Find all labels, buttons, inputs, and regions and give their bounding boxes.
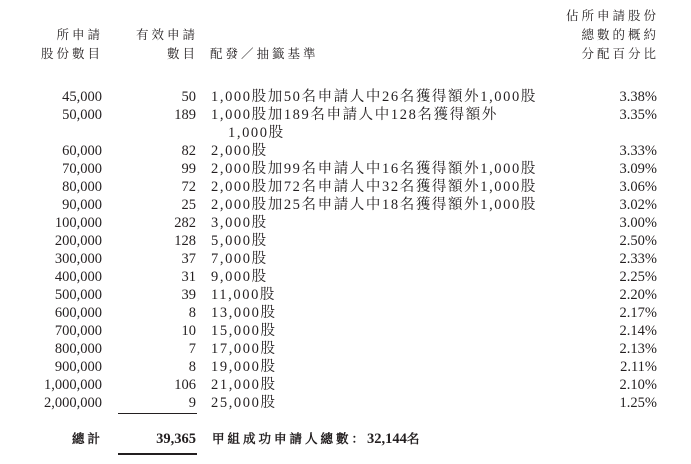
allocation-percentage-cell: 2.20% [620,286,657,304]
shares-applied-cell: 100,000 [55,214,102,232]
basis-text: 5,000股 [211,233,268,249]
note-prefix: 甲組成功申請人總數： [212,431,367,446]
valid-applications-cell: 50 [182,88,197,106]
basis-text: 1,000股加50名申請人中26名獲得額外1,000股 [211,89,537,105]
table-row: 80,000722,000股加72名申請人中32名獲得額外1,000股3.06% [0,178,691,196]
shares-applied-cell: 45,000 [62,88,102,106]
shares-applied-cell: 90,000 [62,196,102,214]
table-row: 400,000319,000股2.25% [0,268,691,286]
allocation-percentage-cell: 3.02% [620,196,657,214]
table-row: 600,000813,000股2.17% [0,304,691,322]
shares-applied-cell: 50,000 [62,106,102,124]
table-row: 2,000,000925,000股1.25% [0,394,691,412]
header-text: 數目 [136,44,198,63]
basis-text: 7,000股 [211,251,268,267]
table-row: 900,000819,000股2.11% [0,358,691,376]
total-label: 總計 [72,430,103,448]
allocation-basis-cell: 2,000股 [211,142,551,160]
basis-text: 21,000股 [211,377,277,393]
shares-applied-cell: 80,000 [62,178,102,196]
valid-applications-cell: 8 [189,304,196,322]
header-valid-applications: 有效申請 數目 [136,25,198,63]
table-row: 100,0002823,000股3.00% [0,214,691,232]
table-row: 90,000252,000股加25名申請人中18名獲得額外1,000股3.02% [0,196,691,214]
shares-applied-cell: 700,000 [55,322,102,340]
header-text: 有效申請 [136,25,198,44]
header-allocation-basis: 配發／抽籤基準 [210,44,319,63]
allocation-basis-cell: 11,000股 [211,286,551,304]
valid-applications-cell: 106 [174,376,196,394]
header-allocation-percentage: 佔所申請股份 總數的概約 分配百分比 [566,6,659,63]
allocation-basis-cell: 3,000股 [211,214,551,232]
basis-text: 17,000股 [211,341,277,357]
shares-applied-cell: 1,000,000 [44,376,102,394]
allocation-basis-cell: 13,000股 [211,304,551,322]
allocation-percentage-cell: 3.06% [620,178,657,196]
basis-text: 11,000股 [211,287,276,303]
table-row: 700,0001015,000股2.14% [0,322,691,340]
valid-applications-cell: 82 [182,142,197,160]
basis-text: 9,000股 [211,269,268,285]
allocation-basis-cell: 1,000股加189名申請人中128名獲得額外1,000股 [211,106,551,142]
header-shares-applied: 所申請 股份數目 [41,25,103,63]
basis-text: 19,000股 [211,359,277,375]
valid-applications-cell: 37 [182,250,197,268]
table-row: 50,0001891,000股加189名申請人中128名獲得額外1,000股3.… [0,106,691,142]
table-row: 70,000992,000股加99名申請人中16名獲得額外1,000股3.09% [0,160,691,178]
allocation-percentage-cell: 3.35% [620,106,657,124]
basis-text: 2,000股加25名申請人中18名獲得額外1,000股 [211,197,537,213]
valid-applications-cell: 128 [174,232,196,250]
allocation-percentage-cell: 2.13% [620,340,657,358]
shares-applied-cell: 200,000 [55,232,102,250]
valid-applications-cell: 31 [182,268,197,286]
valid-applications-cell: 7 [189,340,196,358]
allocation-table: 45,000501,000股加50名申請人中26名獲得額外1,000股3.38%… [0,88,691,412]
valid-applications-cell: 39 [182,286,197,304]
total-double-rule [118,453,197,455]
header-text: 分配百分比 [566,44,659,63]
shares-applied-cell: 60,000 [62,142,102,160]
allocation-basis-cell: 2,000股加99名申請人中16名獲得額外1,000股 [211,160,551,178]
allocation-basis-cell: 2,000股加72名申請人中32名獲得額外1,000股 [211,178,551,196]
allocation-basis-cell: 21,000股 [211,376,551,394]
valid-applications-cell: 72 [182,178,197,196]
basis-text: 2,000股加99名申請人中16名獲得額外1,000股 [211,161,537,177]
basis-text: 13,000股 [211,305,277,321]
allocation-basis-cell: 25,000股 [211,394,551,412]
shares-applied-cell: 300,000 [55,250,102,268]
allocation-percentage-cell: 2.33% [620,250,657,268]
allocation-percentage-cell: 2.50% [620,232,657,250]
table-row: 45,000501,000股加50名申請人中26名獲得額外1,000股3.38% [0,88,691,106]
table-row: 300,000377,000股2.33% [0,250,691,268]
header-text: 所申請 [41,25,103,44]
valid-applications-cell: 9 [189,394,196,412]
basis-text: 1,000股加189名申請人中128名獲得額外 [211,107,498,123]
allocation-basis-cell: 2,000股加25名申請人中18名獲得額外1,000股 [211,196,551,214]
total-value: 39,365 [156,430,196,448]
table-row: 1,000,00010621,000股2.10% [0,376,691,394]
successful-applicants-note: 甲組成功申請人總數：32,144名 [212,430,422,448]
header-text: 佔所申請股份 [566,6,659,25]
allocation-percentage-cell: 3.09% [620,160,657,178]
allocation-percentage-cell: 1.25% [620,394,657,412]
table-row: 60,000822,000股3.33% [0,142,691,160]
basis-continuation-text: 1,000股 [211,124,551,142]
valid-applications-cell: 282 [174,214,196,232]
shares-applied-cell: 70,000 [62,160,102,178]
allocation-basis-cell: 1,000股加50名申請人中26名獲得額外1,000股 [211,88,551,106]
basis-text: 2,000股 [211,143,268,159]
shares-applied-cell: 800,000 [55,340,102,358]
valid-applications-cell: 189 [174,106,196,124]
table-row: 200,0001285,000股2.50% [0,232,691,250]
basis-text: 25,000股 [211,395,277,411]
allocation-percentage-cell: 2.11% [620,358,657,376]
allocation-basis-cell: 19,000股 [211,358,551,376]
allocation-basis-cell: 9,000股 [211,268,551,286]
table-row: 800,000717,000股2.13% [0,340,691,358]
basis-text: 2,000股加72名申請人中32名獲得額外1,000股 [211,179,537,195]
shares-applied-cell: 400,000 [55,268,102,286]
header-text: 總數的概約 [566,25,659,44]
table-row: 500,0003911,000股2.20% [0,286,691,304]
allocation-percentage-cell: 3.38% [620,88,657,106]
allocation-percentage-cell: 3.33% [620,142,657,160]
valid-applications-cell: 8 [189,358,196,376]
allocation-basis-cell: 17,000股 [211,340,551,358]
allocation-percentage-cell: 2.10% [620,376,657,394]
allocation-percentage-cell: 2.14% [620,322,657,340]
valid-applications-cell: 99 [182,160,197,178]
valid-applications-cell: 10 [182,322,197,340]
header-text: 配發／抽籤基準 [210,44,319,63]
subtotal-rule [118,413,197,414]
allocation-percentage-cell: 2.25% [620,268,657,286]
valid-applications-cell: 25 [182,196,197,214]
shares-applied-cell: 600,000 [55,304,102,322]
allocation-basis-cell: 7,000股 [211,250,551,268]
shares-applied-cell: 2,000,000 [44,394,102,412]
allocation-basis-cell: 5,000股 [211,232,551,250]
allocation-percentage-cell: 3.00% [620,214,657,232]
allocation-basis-cell: 15,000股 [211,322,551,340]
basis-text: 15,000股 [211,323,277,339]
note-number: 32,144 [367,431,407,447]
basis-text: 3,000股 [211,215,268,231]
shares-applied-cell: 500,000 [55,286,102,304]
allocation-percentage-cell: 2.17% [620,304,657,322]
shares-applied-cell: 900,000 [55,358,102,376]
header-text: 股份數目 [41,44,103,63]
note-suffix: 名 [407,431,423,446]
